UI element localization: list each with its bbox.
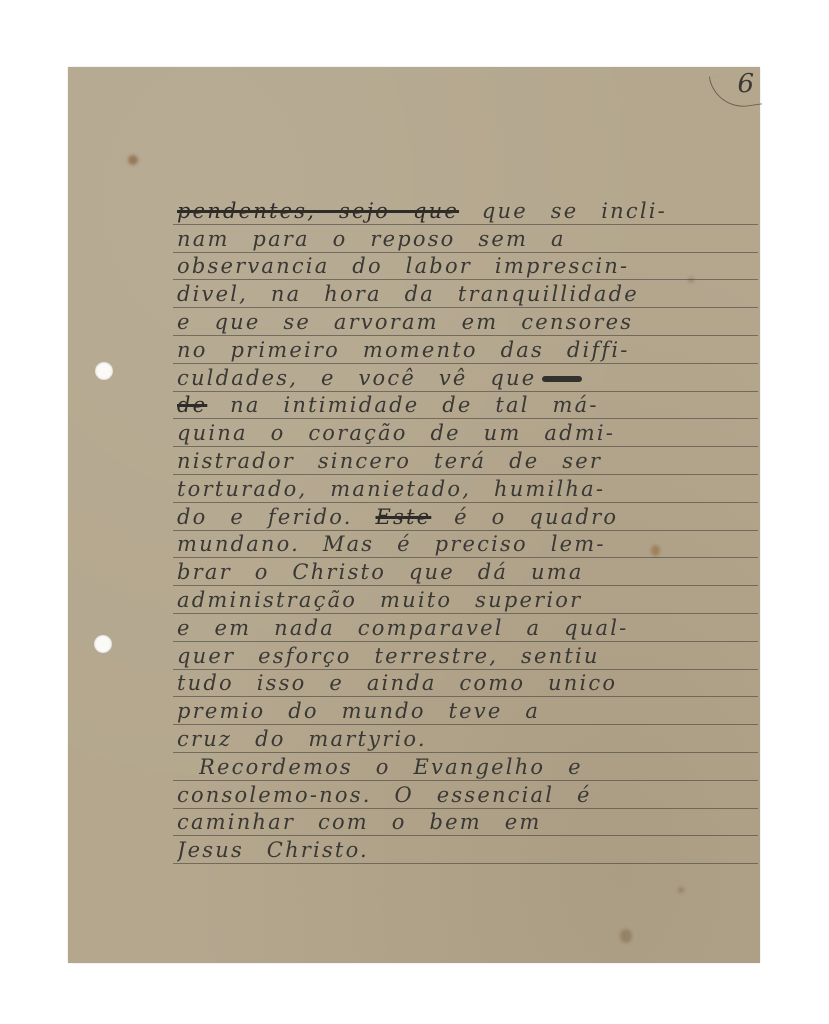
punch-hole-top <box>95 362 113 380</box>
ink-stain <box>620 929 632 943</box>
text-line: brar o Christo que dá uma <box>173 558 758 586</box>
text-line: no primeiro momento das diffi- <box>173 336 758 364</box>
text-line: cruz do martyrio. <box>173 725 758 753</box>
line-content: no primeiro momento das diffi- <box>177 338 758 362</box>
page-number: 6 <box>737 69 754 99</box>
text-line: premio do mundo teve a <box>173 697 758 725</box>
punch-hole-bottom <box>94 635 112 653</box>
text-line: pendentes, sejo que que se incli- <box>173 197 758 225</box>
line-content: Recordemos o Evangelho e <box>199 755 758 779</box>
handwritten-text-block: pendentes, sejo que que se incli- nam pa… <box>173 197 758 864</box>
line-content: cruz do martyrio. <box>177 727 758 751</box>
text-line: quina o coração de um admi- <box>173 419 758 447</box>
line-content: na intimidade de tal má- <box>207 393 598 417</box>
line-content: nistrador sincero terá de ser <box>177 449 758 473</box>
line-content: culdades, e você vê que <box>177 366 536 390</box>
page-number-mark <box>709 70 762 111</box>
line-content: Jesus Christo. <box>177 838 758 862</box>
line-content: caminhar com o bem em <box>177 810 758 834</box>
text-line: torturado, manietado, humilha- <box>173 475 758 503</box>
line-content: tudo isso e ainda como unico <box>177 671 758 695</box>
text-line: do e ferido. Este é o quadro <box>173 503 758 531</box>
text-line: Jesus Christo. <box>173 836 758 864</box>
ink-stain <box>128 155 138 165</box>
text-line: observancia do labor imprescin- <box>173 253 758 281</box>
manuscript-page: 6 pendentes, sejo que que se incli- nam … <box>68 67 760 963</box>
text-line: culdades, e você vê que <box>173 364 758 392</box>
line-content: que se incli- <box>459 199 667 223</box>
text-line: consolemo-nos. O essencial é <box>173 781 758 809</box>
line-content: consolemo-nos. O essencial é <box>177 783 758 807</box>
text-line: administração muito superior <box>173 586 758 614</box>
line-content: observancia do labor imprescin- <box>177 254 758 278</box>
text-line: caminhar com o bem em <box>173 809 758 837</box>
line-content: quina o coração de um admi- <box>177 421 758 445</box>
line-content: nam para o reposo sem a <box>177 227 758 251</box>
line-content: e que se arvoram em censores <box>177 310 758 334</box>
text-line: divel, na hora da tranquillidade <box>173 280 758 308</box>
line-content: e em nada comparavel a qual- <box>177 616 758 640</box>
ink-blot <box>542 376 582 382</box>
line-content: divel, na hora da tranquillidade <box>177 282 758 306</box>
text-line: tudo isso e ainda como unico <box>173 670 758 698</box>
text-line: nam para o reposo sem a <box>173 225 758 253</box>
text-line: mundano. Mas é preciso lem- <box>173 531 758 559</box>
text-line: nistrador sincero terá de ser <box>173 447 758 475</box>
text-line: quer esforço terrestre, sentiu <box>173 642 758 670</box>
line-content: brar o Christo que dá uma <box>177 560 758 584</box>
text-line: e que se arvoram em censores <box>173 308 758 336</box>
line-content-after: é o quadro <box>431 505 618 529</box>
ink-stain <box>678 887 684 893</box>
text-line: Recordemos o Evangelho e <box>173 753 758 781</box>
struck-text: pendentes, sejo que <box>177 199 459 223</box>
line-content: torturado, manietado, humilha- <box>177 477 758 501</box>
struck-text: de <box>177 393 207 417</box>
line-content: do e ferido. <box>177 505 353 529</box>
text-line: e em nada comparavel a qual- <box>173 614 758 642</box>
line-content: premio do mundo teve a <box>177 699 758 723</box>
text-line: de na intimidade de tal má- <box>173 392 758 420</box>
line-content: administração muito superior <box>177 588 758 612</box>
line-content: quer esforço terrestre, sentiu <box>177 644 758 668</box>
line-content: mundano. Mas é preciso lem- <box>177 532 758 556</box>
struck-text: Este <box>376 505 432 529</box>
